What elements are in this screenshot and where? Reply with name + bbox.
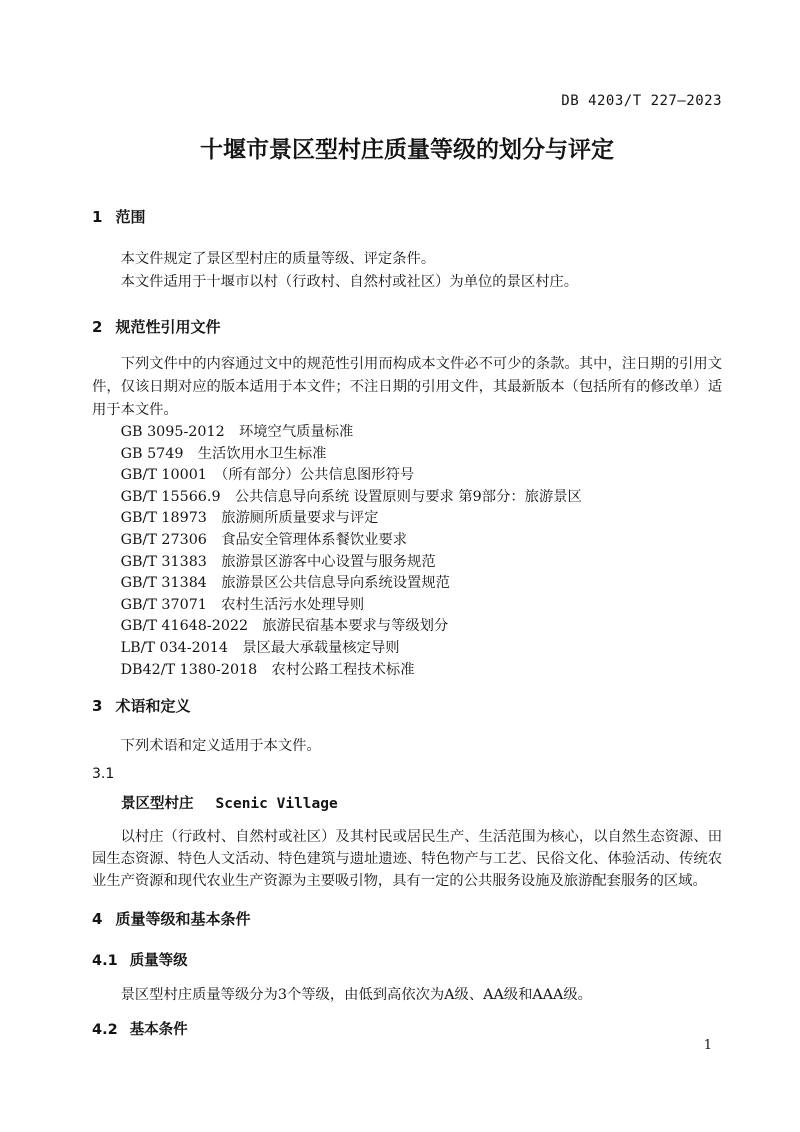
clause-3-1-number: 3.1 bbox=[92, 764, 722, 784]
subsection-4-1-heading: 4.1质量等级 bbox=[92, 952, 722, 970]
reference-item: GB/T 31383 旅游景区游客中心设置与服务规范 bbox=[92, 552, 722, 574]
reference-item: GB/T 37071 农村生活污水处理导则 bbox=[92, 595, 722, 617]
document-page: DB 4203/T 227—2023 十堰市景区型村庄质量等级的划分与评定 1范… bbox=[0, 0, 800, 1132]
section-2-heading: 2规范性引用文件 bbox=[92, 318, 722, 336]
reference-item: DB42/T 1380-2018 农村公路工程技术标准 bbox=[92, 660, 722, 682]
page-number: 1 bbox=[704, 1038, 712, 1054]
subsection-4-2-title: 基本条件 bbox=[130, 1022, 188, 1038]
reference-item: GB/T 41648-2022 旅游民宿基本要求与等级划分 bbox=[92, 616, 722, 638]
term-name-en: Scenic Village bbox=[216, 796, 338, 812]
doc-number: DB 4203/T 227—2023 bbox=[92, 92, 722, 110]
term-name-zh: 景区型村庄 bbox=[121, 796, 194, 812]
section-3-heading: 3术语和定义 bbox=[92, 697, 722, 715]
reference-item: GB/T 15566.9 公共信息导向系统 设置原则与要求 第9部分：旅游景区 bbox=[92, 487, 722, 509]
subsection-4-2-heading: 4.2基本条件 bbox=[92, 1021, 722, 1039]
section-4-title: 质量等级和基本条件 bbox=[115, 910, 250, 928]
section-4-number: 4 bbox=[92, 910, 102, 928]
grade-levels-paragraph: 景区型村庄质量等级分为3个等级，由低到高依次为A级、AA级和AAA级。 bbox=[92, 984, 722, 1007]
section-1-title: 范围 bbox=[115, 208, 145, 226]
section-4-heading: 4质量等级和基本条件 bbox=[92, 910, 722, 928]
section-3-number: 3 bbox=[92, 697, 102, 715]
section-1-number: 1 bbox=[92, 208, 102, 226]
reference-item: LB/T 034-2014 景区最大承载量核定导则 bbox=[92, 638, 722, 660]
section-2-title: 规范性引用文件 bbox=[115, 318, 220, 336]
applicability-paragraph: 本文件适用于十堰市以村（行政村、自然村或社区）为单位的景区村庄。 bbox=[92, 271, 722, 294]
reference-list: GB 3095-2012 环境空气质量标准 GB 5749 生活饮用水卫生标准 … bbox=[92, 422, 722, 681]
section-3-title: 术语和定义 bbox=[115, 697, 190, 715]
terms-intro: 下列术语和定义适用于本文件。 bbox=[92, 735, 722, 758]
term-definition: 以村庄（行政村、自然村或社区）及其村民或居民生产、生活范围为核心，以自然生态资源… bbox=[92, 826, 722, 892]
subsection-4-1-number: 4.1 bbox=[92, 953, 118, 969]
reference-item: GB/T 27306 食品安全管理体系餐饮业要求 bbox=[92, 530, 722, 552]
reference-item: GB/T 10001 （所有部分）公共信息图形符号 bbox=[92, 465, 722, 487]
reference-item: GB/T 31384 旅游景区公共信息导向系统设置规范 bbox=[92, 573, 722, 595]
document-title: 十堰市景区型村庄质量等级的划分与评定 bbox=[92, 134, 722, 166]
reference-item: GB 3095-2012 环境空气质量标准 bbox=[92, 422, 722, 444]
term-heading: 景区型村庄Scenic Village bbox=[92, 794, 722, 814]
normative-refs-intro: 下列文件中的内容通过文中的规范性引用而构成本文件必不可少的条款。其中，注日期的引… bbox=[92, 353, 722, 422]
reference-item: GB 5749 生活饮用水卫生标准 bbox=[92, 444, 722, 466]
section-1-heading: 1范围 bbox=[92, 208, 722, 226]
reference-item: GB/T 18973 旅游厕所质量要求与评定 bbox=[92, 508, 722, 530]
scope-paragraph: 本文件规定了景区型村庄的质量等级、评定条件。 bbox=[92, 248, 722, 271]
subsection-4-1-title: 质量等级 bbox=[130, 953, 188, 969]
subsection-4-2-number: 4.2 bbox=[92, 1022, 118, 1038]
section-2-number: 2 bbox=[92, 318, 102, 336]
